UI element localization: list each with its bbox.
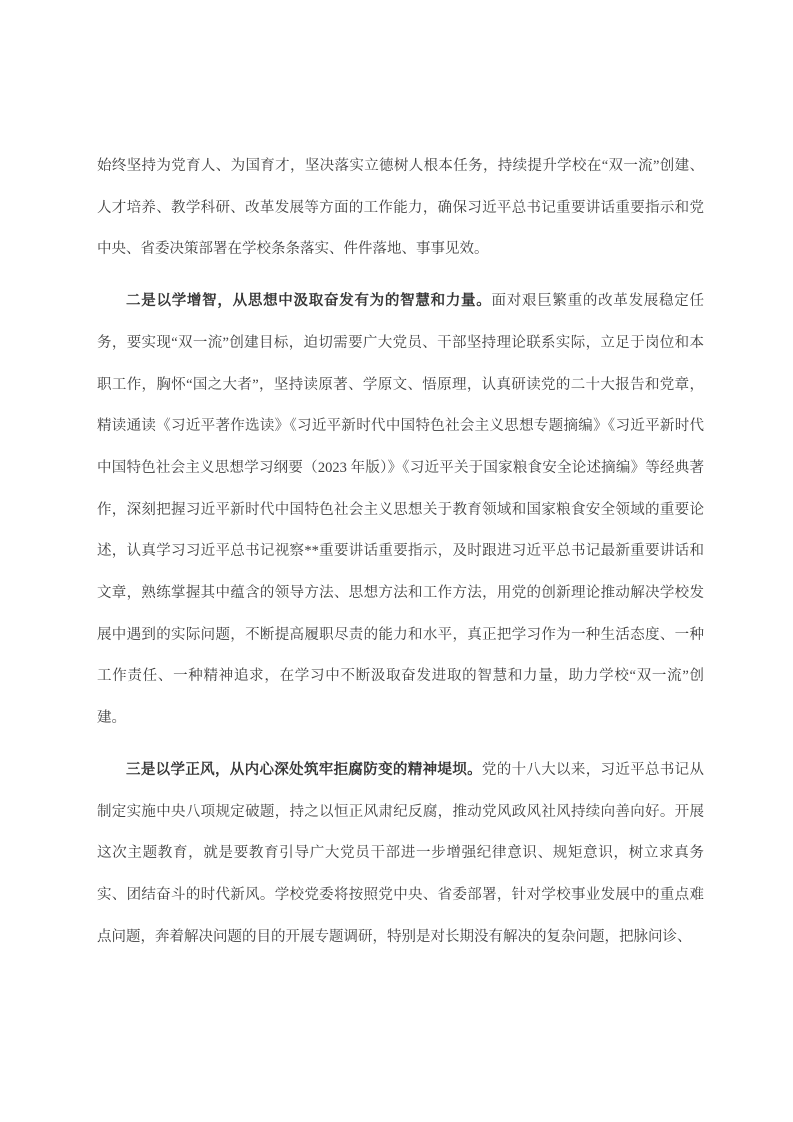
- paragraph-lead-bold-run: 二是以学增智，从思想中汲取奋发有为的智慧和力量。: [126, 293, 492, 309]
- paragraph-text-run: 党的十八大以来，习近平总书记从制定实施中央八项规定破题，持之以恒正风肃纪反腐，推…: [97, 762, 704, 945]
- document-body-text: 始终坚持为党育人、为国育才，坚决落实立德树人根本任务，持续提升学校在“双一流”创…: [97, 146, 704, 958]
- document-page: 始终坚持为党育人、为国育才，坚决落实立德树人根本任务，持续提升学校在“双一流”创…: [0, 0, 793, 1122]
- paragraph: 始终坚持为党育人、为国育才，坚决落实立德树人根本任务，持续提升学校在“双一流”创…: [97, 146, 704, 271]
- paragraph-text-run: 面对艰巨繁重的改革发展稳定任务，要实现“双一流”创建目标，迫切需要广大党员、干部…: [97, 293, 704, 726]
- paragraph-lead-bold-run: 三是以学正风，从内心深处筑牢拒腐防变的精神堤坝。: [126, 762, 482, 778]
- paragraph-text-run: 始终坚持为党育人、为国育才，坚决落实立德树人根本任务，持续提升学校在“双一流”创…: [97, 158, 704, 257]
- paragraph: 三是以学正风，从内心深处筑牢拒腐防变的精神堤坝。党的十八大以来，习近平总书记从制…: [97, 750, 704, 959]
- paragraph: 二是以学增智，从思想中汲取奋发有为的智慧和力量。面对艰巨繁重的改革发展稳定任务，…: [97, 281, 704, 740]
